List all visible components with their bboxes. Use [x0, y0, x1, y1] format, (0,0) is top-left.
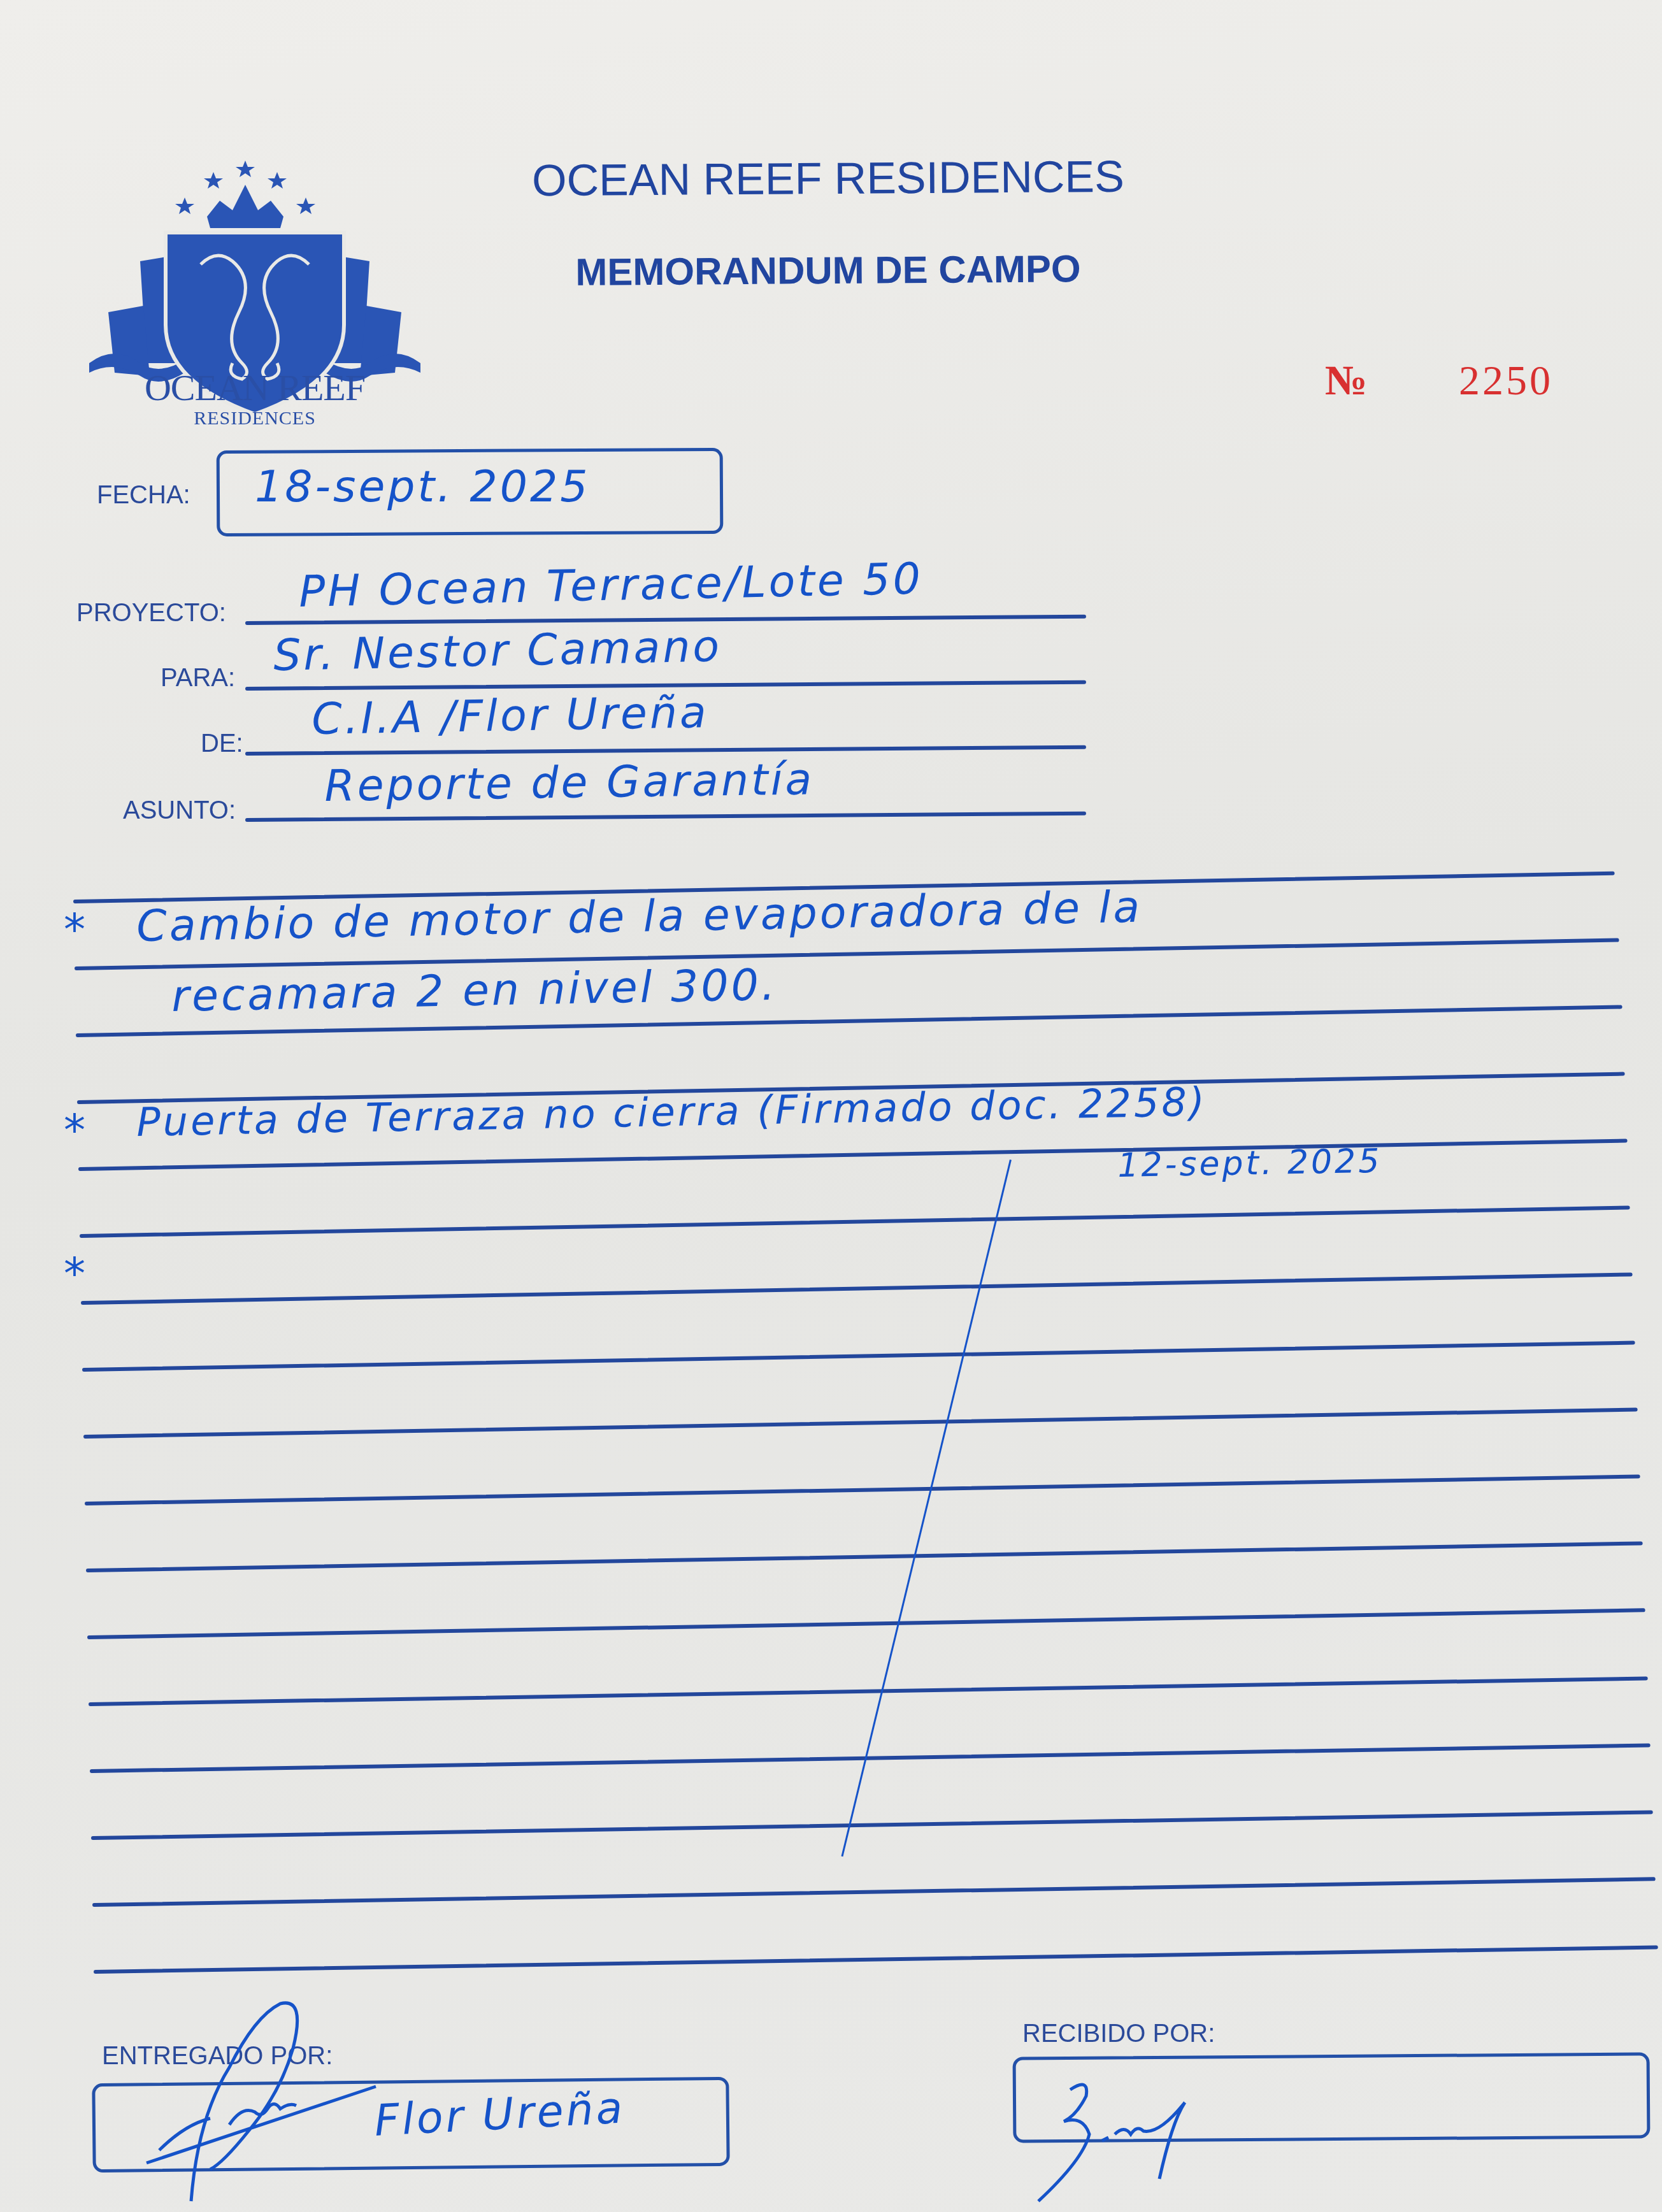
ruled-line: [83, 1407, 1638, 1439]
memo-number-label: №: [1325, 357, 1367, 405]
de-value: C.I.A /Flor Ureña: [312, 687, 710, 745]
item-2-line-1: Puerta de Terraza no cierra (Firmado doc…: [136, 1079, 1208, 1145]
ruled-line: [90, 1743, 1651, 1773]
logo-name: OCEAN REEF: [96, 366, 414, 409]
document-title: OCEAN REEF RESIDENCES: [497, 150, 1160, 206]
ruled-line: [80, 1205, 1630, 1238]
fecha-value: 18-sept. 2025: [255, 462, 590, 512]
item-2-line-2: 12-sept. 2025: [1117, 1142, 1382, 1185]
ruled-line: [94, 1945, 1658, 1974]
ruled-line: [82, 1340, 1635, 1372]
de-label: DE:: [201, 729, 243, 758]
memo-number: 2250: [1459, 357, 1553, 405]
document-subtitle: MEMORANDUM DE CAMPO: [497, 246, 1159, 294]
ruled-line: [92, 1877, 1656, 1907]
item-1-bullet: *: [64, 905, 88, 955]
ruled-line: [89, 1676, 1648, 1706]
para-label: PARA:: [161, 664, 235, 693]
ruled-line: [87, 1608, 1645, 1639]
ruled-line: [81, 1272, 1633, 1305]
asunto-line: [245, 812, 1086, 822]
item-1-line-1: Cambio de motor de la evaporadora de la: [136, 882, 1142, 952]
item-2-bullet: *: [64, 1105, 88, 1156]
cancel-strike-line: [841, 1160, 1011, 1856]
proyecto-label: PROYECTO:: [76, 599, 226, 628]
proyecto-value: PH Ocean Terrace/Lote 50: [298, 554, 923, 618]
asunto-label: ASUNTO:: [123, 796, 236, 825]
para-value: Sr. Nestor Camano: [273, 621, 722, 681]
item-3-bullet: *: [64, 1249, 88, 1299]
recibido-label: RECIBIDO POR:: [1022, 2020, 1215, 2048]
memo-paper: OCEAN REEF RESIDENCES OCEAN REEF RESIDEN…: [0, 0, 1662, 2212]
item-1-line-2: recamara 2 en nivel 300.: [171, 960, 778, 1022]
ruled-line: [78, 1138, 1628, 1171]
de-line: [245, 745, 1086, 756]
recibido-signature-icon: [1026, 2064, 1357, 2211]
ruled-line: [85, 1474, 1640, 1505]
asunto-value: Reporte de Garantía: [324, 754, 815, 812]
logo-subname: RESIDENCES: [96, 408, 414, 429]
ruled-line: [91, 1810, 1653, 1840]
ruled-line: [86, 1541, 1643, 1572]
fecha-label: FECHA:: [97, 481, 190, 510]
